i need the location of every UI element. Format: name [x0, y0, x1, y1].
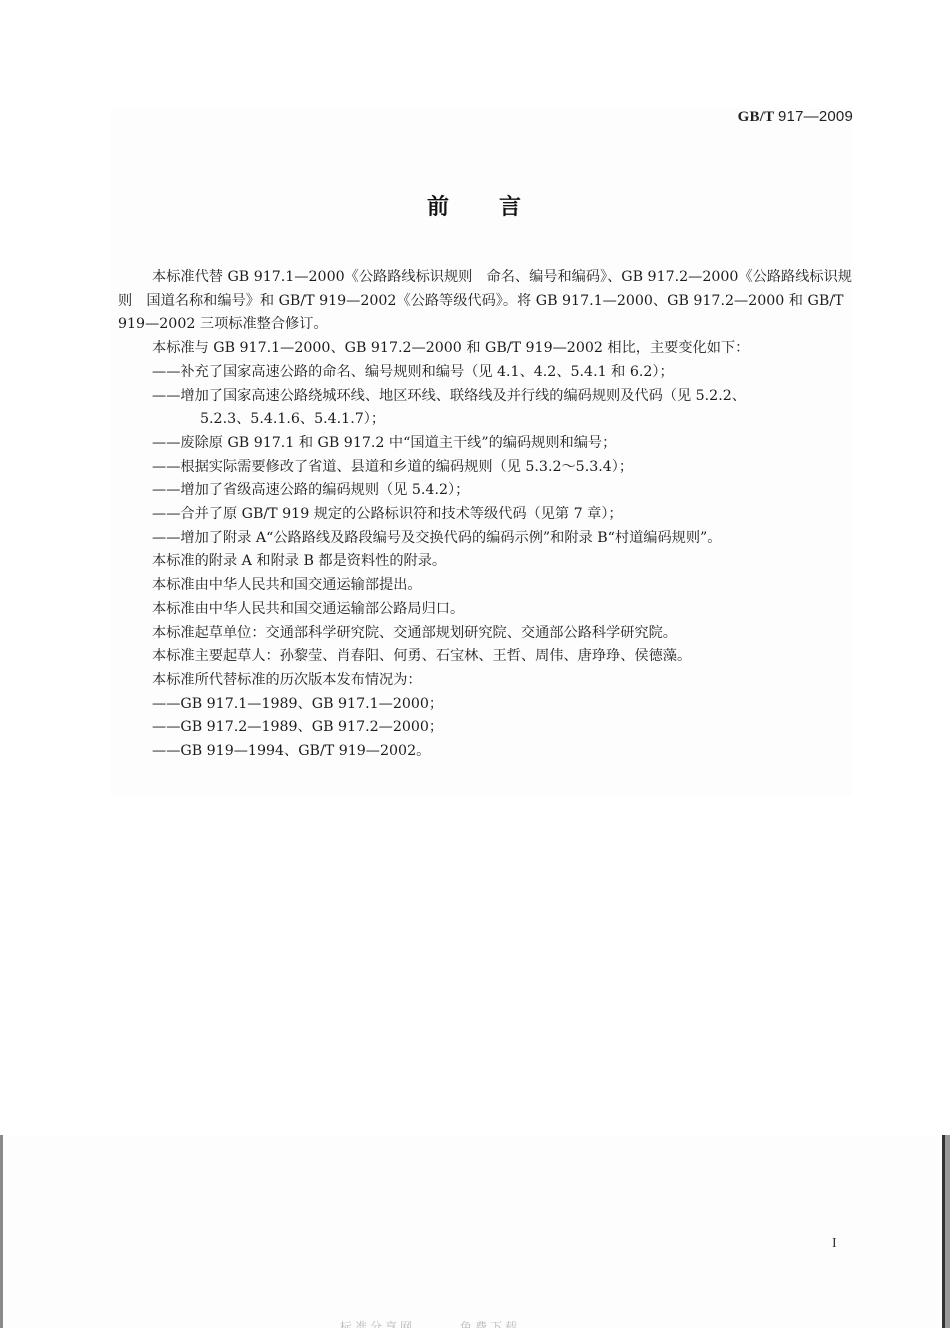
history-list: ——GB 917.1—1989、GB 917.1—2000； ——GB 917.…	[118, 693, 856, 764]
change-item: ——增加了省级高速公路的编码规则（见 5.4.2）；	[118, 479, 856, 503]
history-item: ——GB 917.2—1989、GB 917.2—2000；	[118, 716, 856, 740]
standard-number: 917—2009	[778, 108, 853, 125]
page-title: 前言	[0, 190, 950, 221]
page-border-left	[0, 1135, 3, 1328]
next-page-area	[0, 1135, 950, 1328]
title-char-2: 言	[499, 190, 523, 221]
statement-appendix: 本标准的附录 A 和附录 B 都是资料性的附录。	[118, 550, 856, 574]
change-item: ——增加了附录 A“公路路线及路段编号及交换代码的编码示例”和附录 B“村道编码…	[118, 527, 856, 551]
change-item: ——增加了国家高速公路绕城环线、地区环线、联络线及并行线的编码规则及代码（见 5…	[118, 385, 856, 432]
change-item: ——补充了国家高速公路的命名、编号规则和编号（见 4.1、4.2、5.4.1 和…	[118, 361, 856, 385]
scrollbar-track[interactable]	[945, 1135, 950, 1328]
page-number: I	[832, 1236, 837, 1252]
change-item: ——废除原 GB 917.1 和 GB 917.2 中“国道主干线”的编码规则和…	[118, 432, 856, 456]
statement-drafting-units: 本标准起草单位：交通部科学研究院、交通部规划研究院、交通部公路科学研究院。	[118, 622, 856, 646]
statement-history-intro: 本标准所代替标准的历次版本发布情况为：	[118, 669, 856, 693]
watermark-text: 标准分享网 免费下载	[340, 1318, 520, 1328]
statement-proposer: 本标准由中华人民共和国交通运输部提出。	[118, 574, 856, 598]
history-item: ——GB 917.1—1989、GB 917.1—2000；	[118, 693, 856, 717]
paragraph-replacement: 本标准代替 GB 917.1—2000《公路路线标识规则 命名、编号和编码》、G…	[118, 266, 856, 337]
standard-code: GB/T 917—2009	[738, 108, 853, 126]
changes-list: ——补充了国家高速公路的命名、编号规则和编号（见 4.1、4.2、5.4.1 和…	[118, 361, 856, 551]
history-item: ——GB 919—1994、GB/T 919—2002。	[118, 740, 856, 764]
paragraph-changes-intro: 本标准与 GB 917.1—2000、GB 917.2—2000 和 GB/T …	[118, 337, 856, 361]
change-item: ——合并了原 GB/T 919 规定的公路标识符和技术等级代码（见第 7 章）；	[118, 503, 856, 527]
statement-drafters: 本标准主要起草人：孙黎莹、肖春阳、何勇、石宝林、王哲、周伟、唐琤琤、侯德藻。	[118, 645, 856, 669]
title-char-1: 前	[427, 190, 451, 221]
change-item: ——根据实际需要修改了省道、县道和乡道的编码规则（见 5.3.2～5.3.4）；	[118, 456, 856, 480]
statement-administrator: 本标准由中华人民共和国交通运输部公路局归口。	[118, 598, 856, 622]
foreword-body: 本标准代替 GB 917.1—2000《公路路线标识规则 命名、编号和编码》、G…	[118, 266, 856, 764]
standard-prefix: GB/T	[738, 109, 774, 125]
